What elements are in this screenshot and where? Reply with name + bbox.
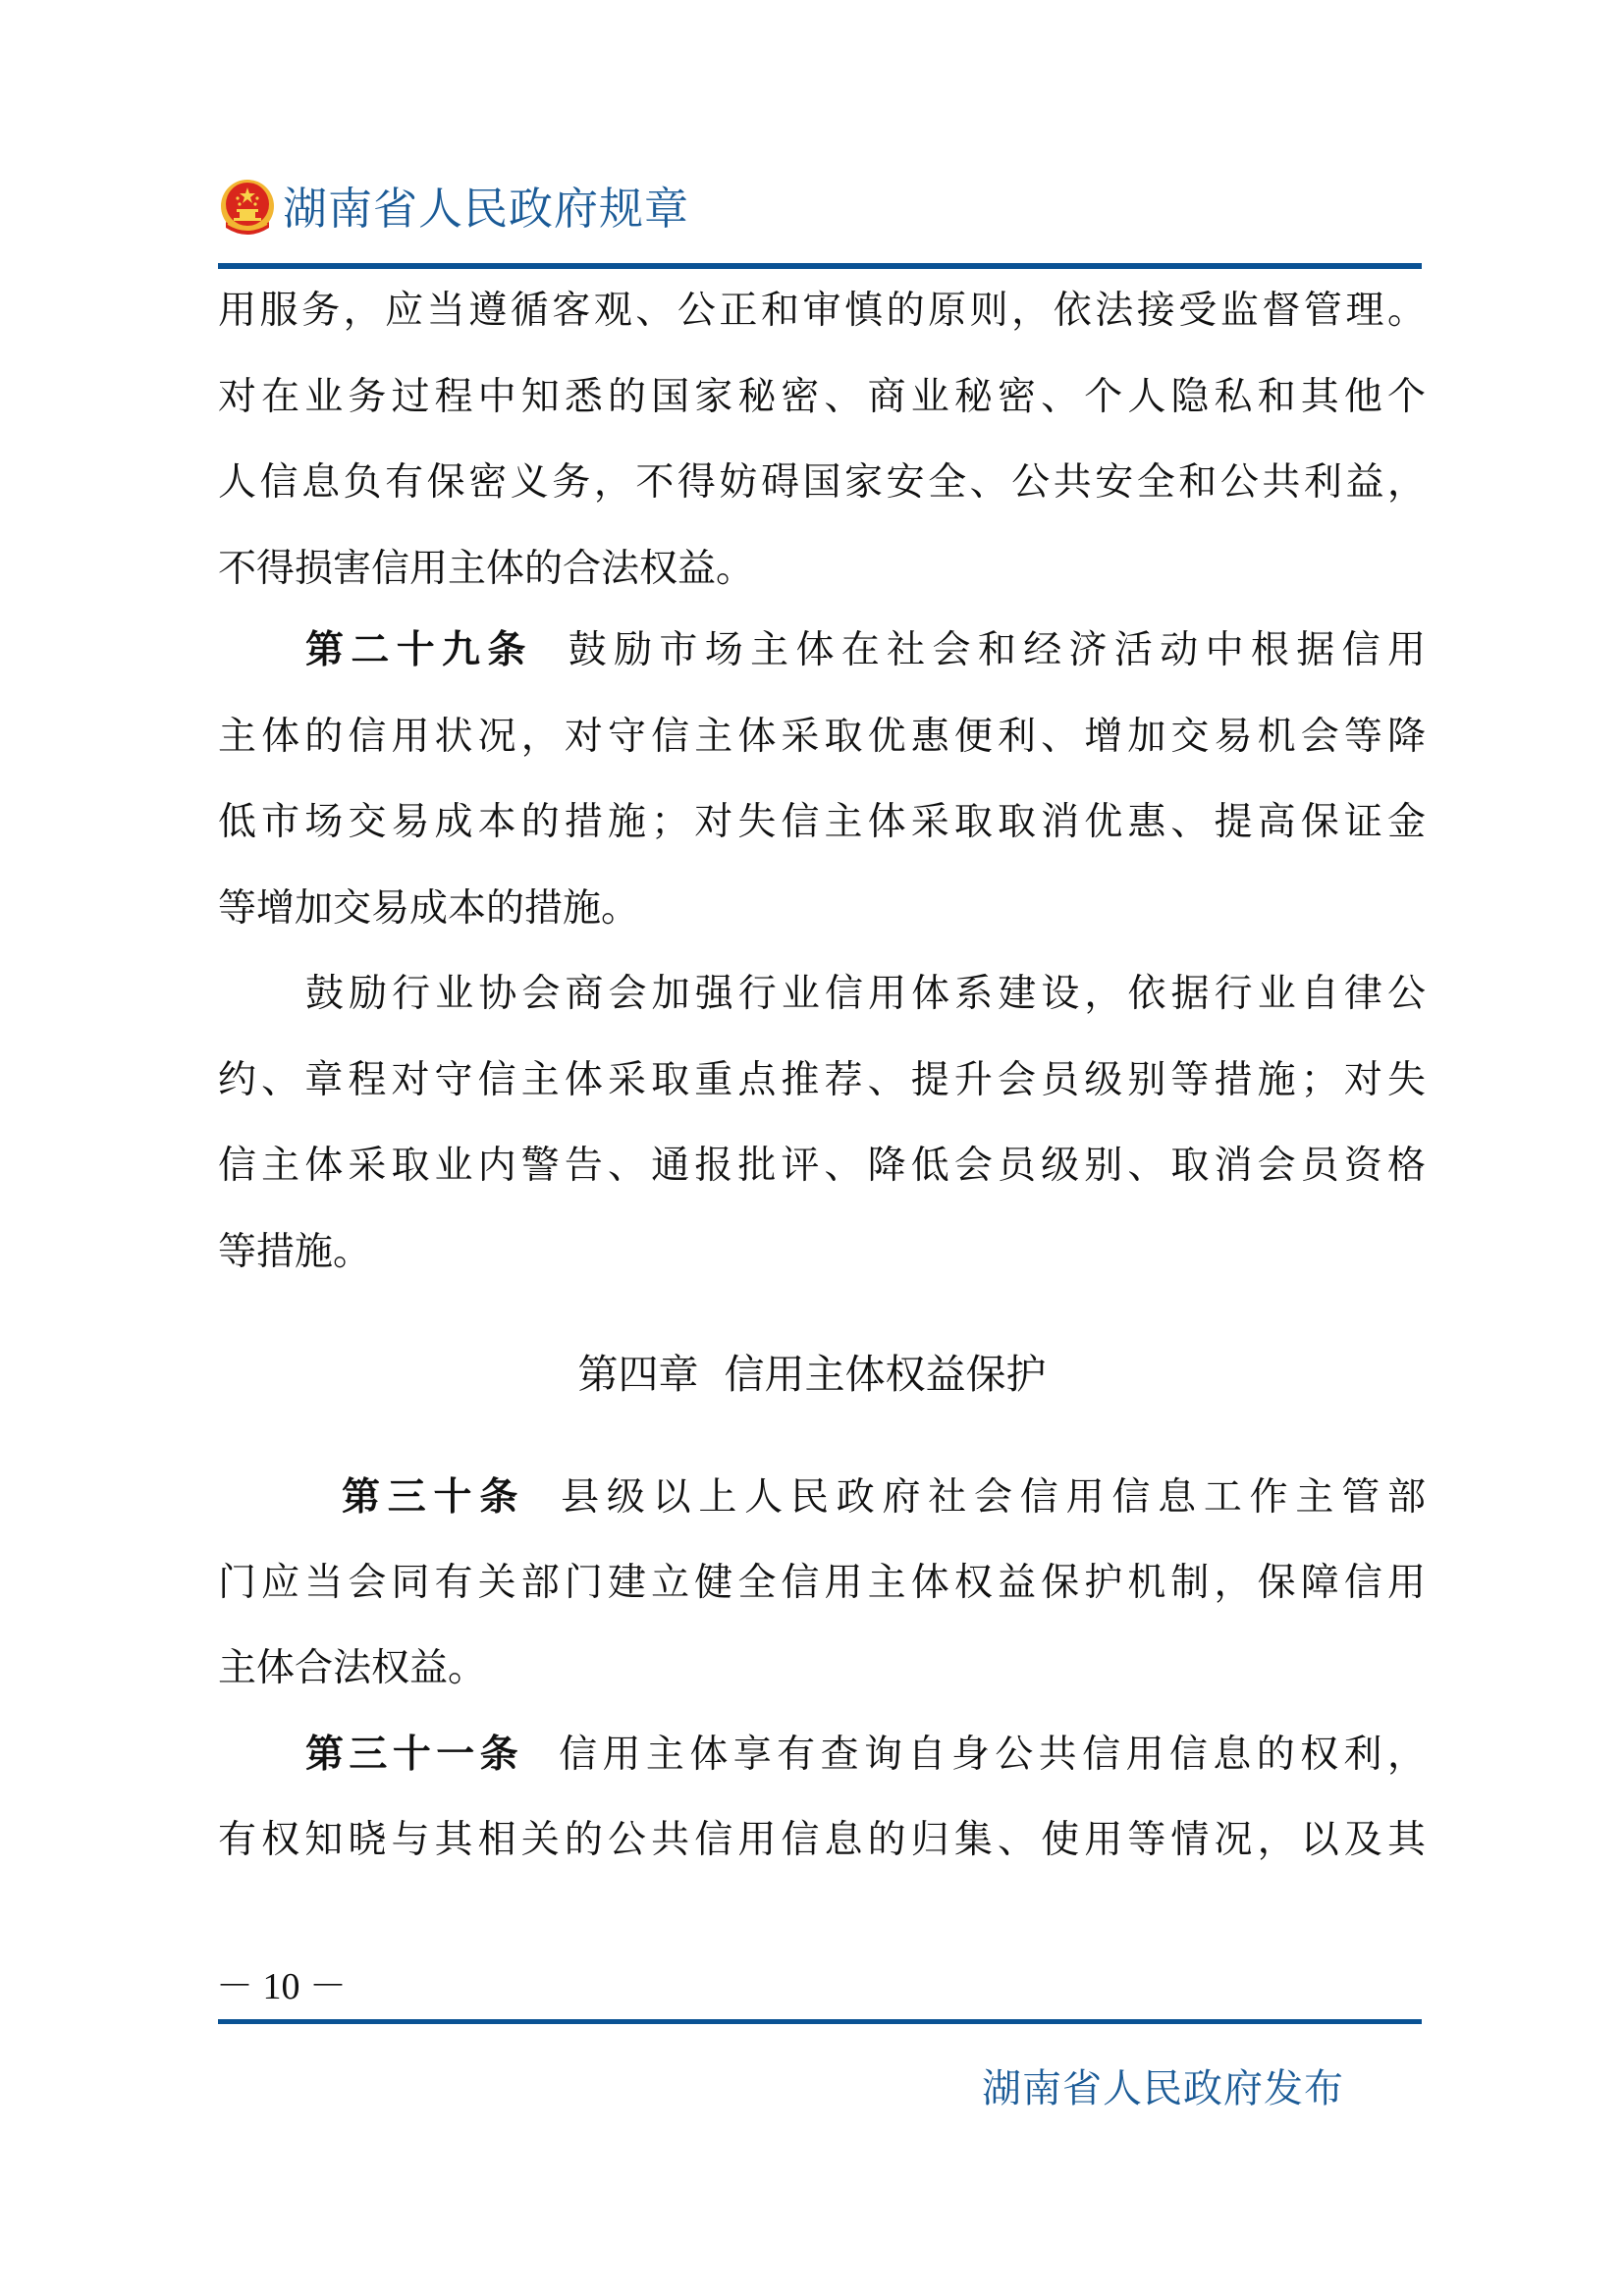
body-line: 鼓励行业协会商会加强行业信用体系建设，依据行业自律公 xyxy=(305,965,1426,1024)
article-label: 第二十九条 xyxy=(305,628,533,672)
body-line: 约、章程对守信主体采取重点推荐、提升会员级别等措施；对失 xyxy=(218,1051,1426,1110)
body-line: 低市场交易成本的措施；对失信主体采取取消优惠、提高保证金 xyxy=(218,793,1426,852)
header-title: 湖南省人民政府规章 xyxy=(283,187,689,231)
article-text: 信用主体享有查询自身公共信用信息的权利， xyxy=(559,1733,1426,1777)
article-29-first-line: 第二十九条鼓励市场主体在社会和经济活动中根据信用 xyxy=(305,621,1426,680)
article-text: 县级以上人民政府社会信用信息工作主管部 xyxy=(561,1475,1426,1520)
document-page: 湖南省人民政府规章 用服务，应当遵循客观、公正和审慎的原则，依法接受监督管理。 … xyxy=(0,0,1624,2296)
article-31-first-line: 第三十一条信用主体享有查询自身公共信用信息的权利， xyxy=(305,1726,1426,1785)
body-line: 等措施。 xyxy=(218,1223,1426,1282)
body-line: 主体的信用状况，对守信主体采取优惠便利、增加交易机会等降 xyxy=(218,708,1426,767)
header-divider xyxy=(218,263,1422,269)
body-line: 不得损害信用主体的合法权益。 xyxy=(218,540,1426,599)
body-line: 对在业务过程中知悉的国家秘密、商业秘密、个人隐私和其他个 xyxy=(218,368,1426,427)
chapter-heading: 第四章 信用主体权益保护 xyxy=(0,1345,1624,1404)
article-label: 第三十一条 xyxy=(305,1733,523,1777)
body-line: 主体合法权益。 xyxy=(218,1639,1426,1698)
page-number: － 10 － xyxy=(216,1955,347,2009)
body-line: 用服务，应当遵循客观、公正和审慎的原则，依法接受监督管理。 xyxy=(218,282,1426,341)
publisher-label: 湖南省人民政府发布 xyxy=(982,2057,1344,2113)
article-label: 第三十条 xyxy=(342,1475,525,1520)
footer-divider xyxy=(218,2019,1422,2024)
body-line: 人信息负有保密义务，不得妨碍国家安全、公共安全和公共利益， xyxy=(218,454,1426,512)
national-emblem-icon xyxy=(218,179,277,238)
body-line: 等增加交易成本的措施。 xyxy=(218,880,1426,938)
page-header: 湖南省人民政府规章 xyxy=(218,177,689,240)
body-line: 有权知晓与其相关的公共信用信息的归集、使用等情况，以及其 xyxy=(218,1811,1426,1870)
article-30-first-line: 第三十条县级以上人民政府社会信用信息工作主管部 xyxy=(342,1468,1426,1527)
body-line: 门应当会同有关部门建立健全信用主体权益保护机制，保障信用 xyxy=(218,1554,1426,1613)
article-text: 鼓励市场主体在社会和经济活动中根据信用 xyxy=(568,628,1426,672)
body-line: 信主体采取业内警告、通报批评、降低会员级别、取消会员资格 xyxy=(218,1137,1426,1196)
